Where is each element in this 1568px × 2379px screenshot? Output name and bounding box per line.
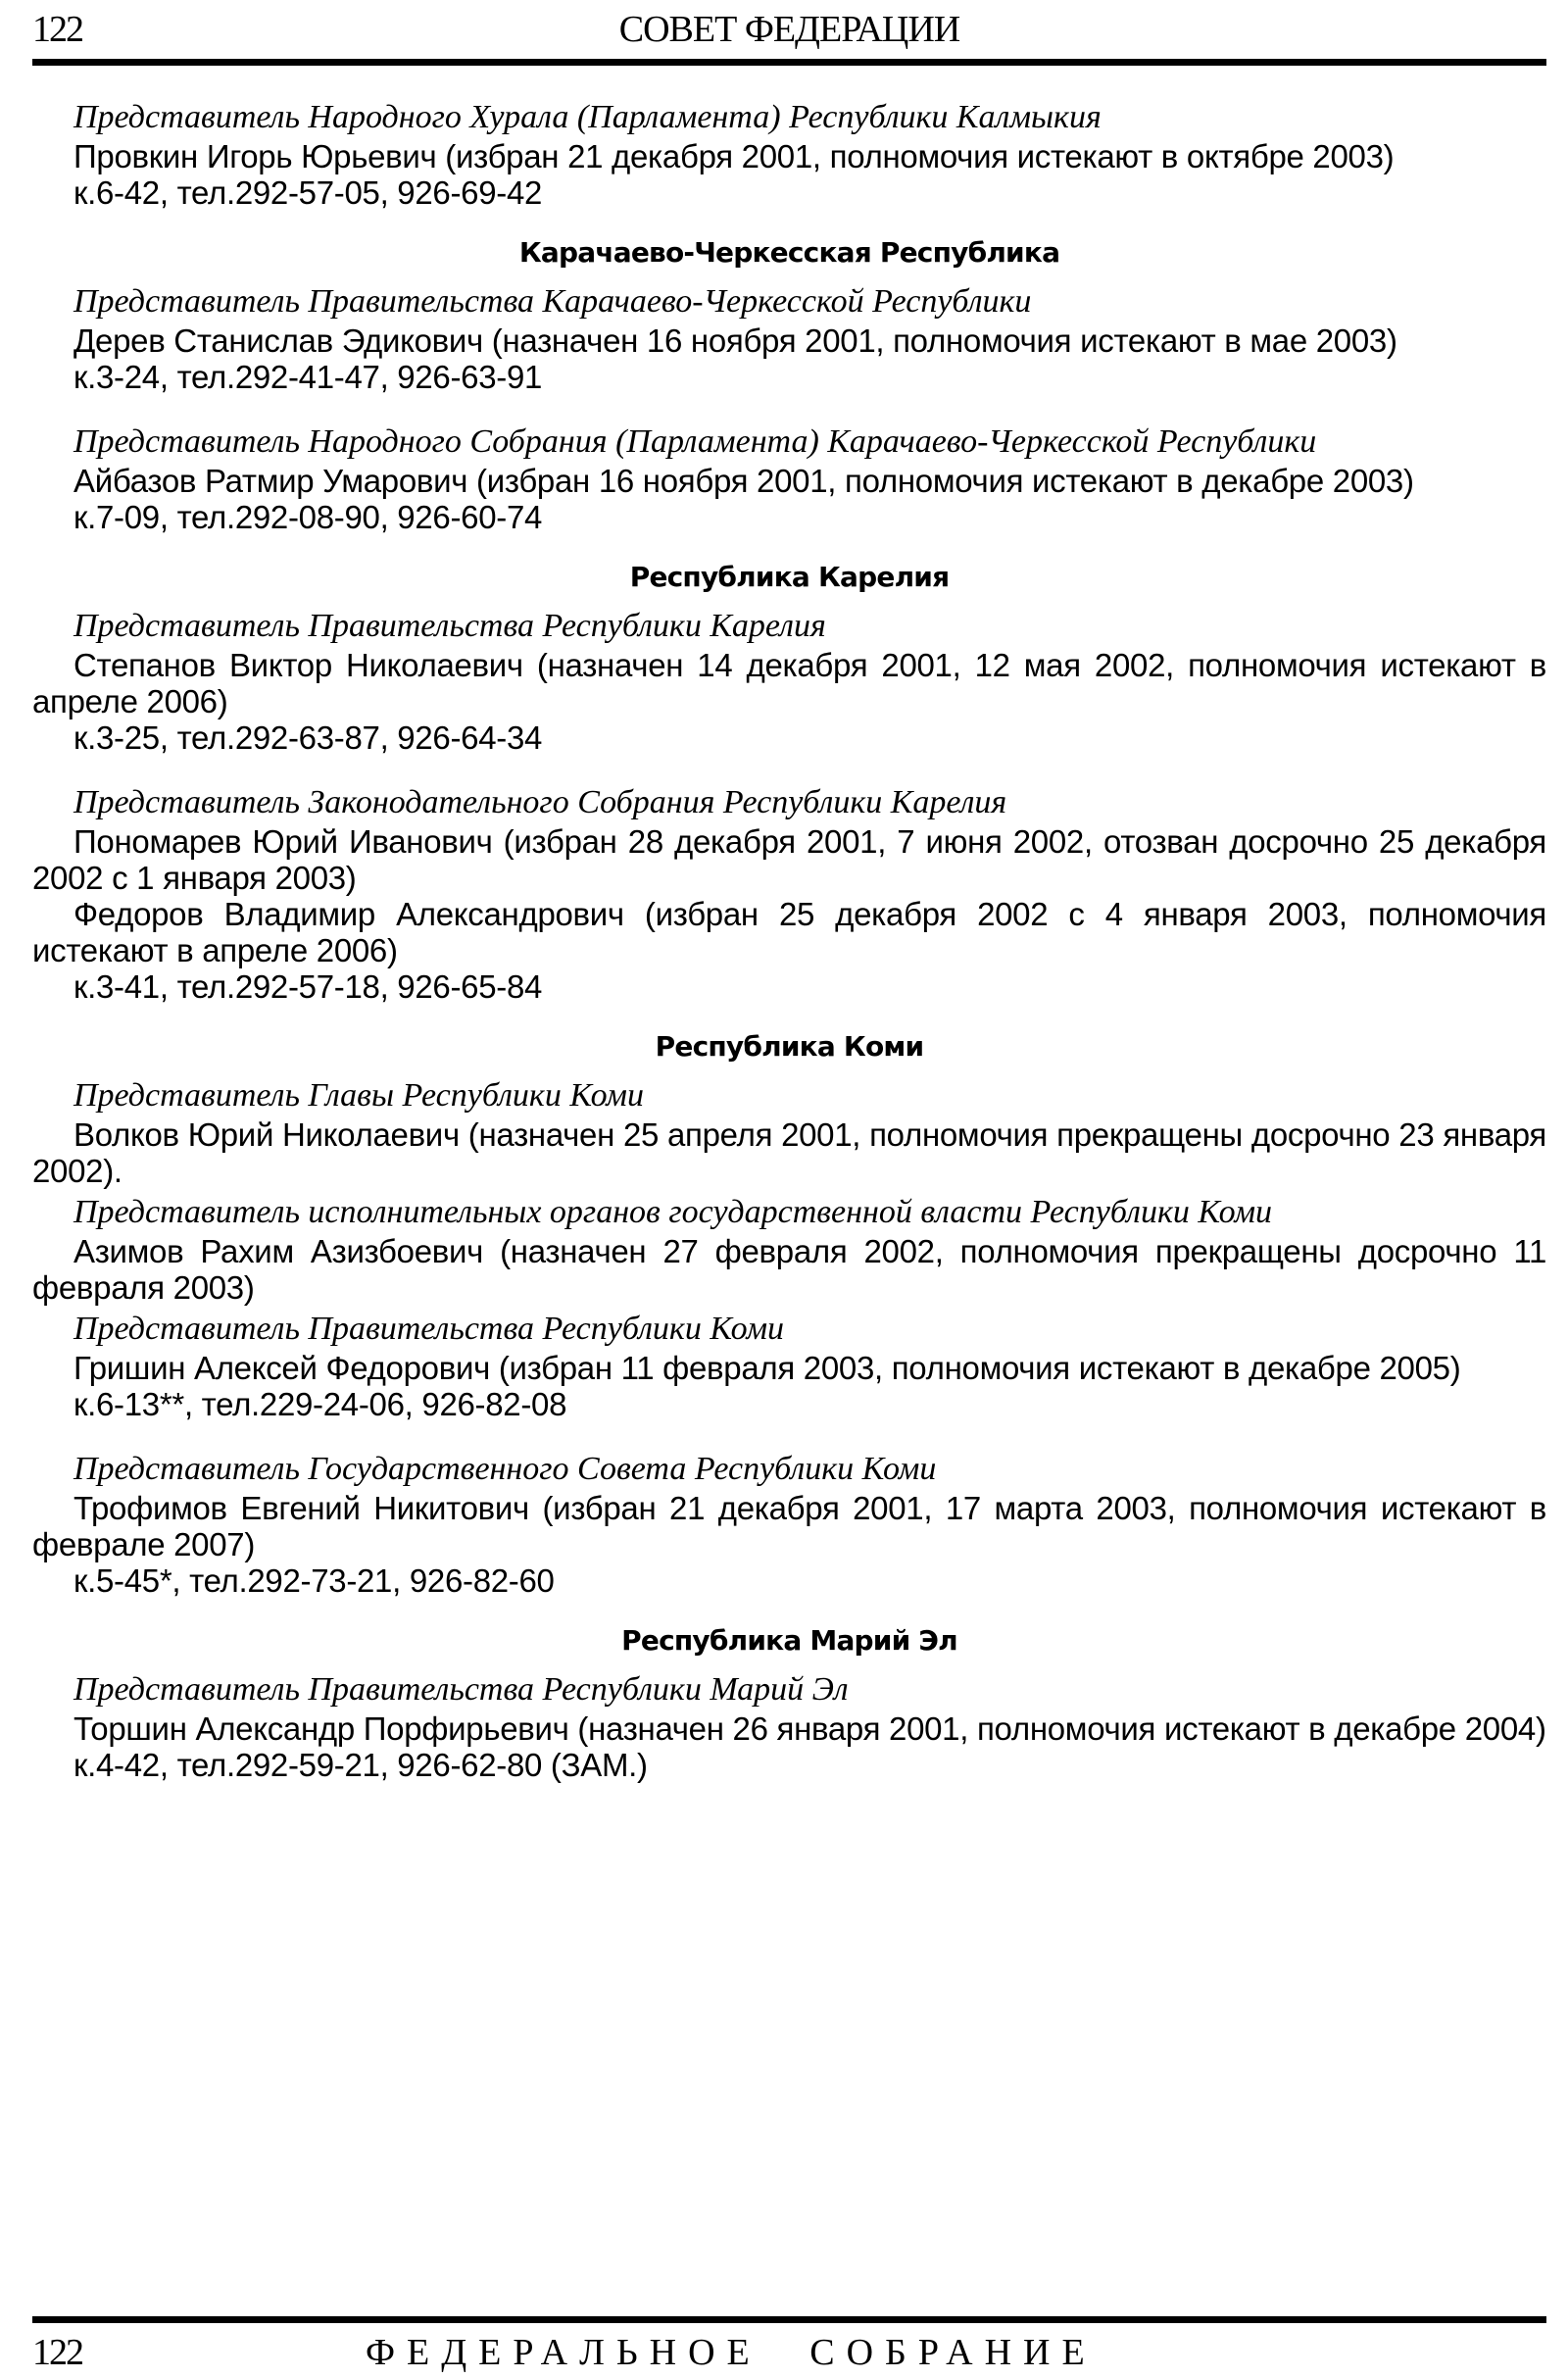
footer-title: ФЕДЕРАЛЬНОЕ СОБРАНИЕ xyxy=(366,2331,1097,2374)
header-rule xyxy=(32,59,1546,66)
region-heading: Республика Коми xyxy=(32,1030,1546,1063)
person-text: Пономарев Юрий Иванович (избран 28 декаб… xyxy=(32,823,1546,896)
page-footer: 122 ФЕДЕРАЛЬНОЕ СОБРАНИЕ xyxy=(32,2331,1546,2379)
person-text: Дерев Станислав Эдикович (назначен 16 но… xyxy=(32,322,1546,359)
person-text: Азимов Рахим Азизбоевич (назначен 27 фев… xyxy=(32,1233,1546,1306)
page-header: 122 СОВЕТ ФЕДЕРАЦИИ xyxy=(32,0,1546,63)
entry-karelia-assembly: Представитель Законодательного Собрания … xyxy=(32,781,1546,1005)
role-title: Представитель Народного Собрания (Парлам… xyxy=(32,421,1546,463)
person-text: Гришин Алексей Федорович (избран 11 февр… xyxy=(32,1350,1546,1386)
entry-komi-council: Представитель Государственного Совета Ре… xyxy=(32,1448,1546,1599)
entry-kalmykia-hural: Представитель Народного Хурала (Парламен… xyxy=(32,96,1546,211)
role-title: Представитель исполнительных органов гос… xyxy=(32,1191,1546,1233)
person-text: Волков Юрий Николаевич (назначен 25 апре… xyxy=(32,1116,1546,1189)
footer-rule xyxy=(32,2316,1546,2323)
region-heading: Карачаево-Черкесская Республика xyxy=(32,236,1546,269)
entry-karelia-government: Представитель Правительства Республики К… xyxy=(32,605,1546,756)
role-title: Представитель Государственного Совета Ре… xyxy=(32,1448,1546,1490)
page-content: Представитель Народного Хурала (Парламен… xyxy=(32,96,1546,1809)
role-title: Представитель Народного Хурала (Парламен… xyxy=(32,96,1546,138)
contact-text: к.4-42, тел.292-59-21, 926-62-80 (ЗАМ.) xyxy=(32,1747,1546,1783)
person-text: Федоров Владимир Александрович (избран 2… xyxy=(32,896,1546,968)
entry-mari-government: Представитель Правительства Республики М… xyxy=(32,1668,1546,1783)
contact-text: к.6-13**, тел.229-24-06, 926-82-08 xyxy=(32,1386,1546,1422)
person-text: Трофимов Евгений Никитович (избран 21 де… xyxy=(32,1490,1546,1562)
person-text: Степанов Виктор Николаевич (назначен 14 … xyxy=(32,647,1546,719)
entry-komi-head: Представитель Главы Республики Коми Волк… xyxy=(32,1074,1546,1189)
role-title: Представитель Правительства Республики К… xyxy=(32,605,1546,647)
person-text: Провкин Игорь Юрьевич (избран 21 декабря… xyxy=(32,138,1546,174)
role-title: Представитель Главы Республики Коми xyxy=(32,1074,1546,1116)
entry-kch-government: Представитель Правительства Карачаево-Че… xyxy=(32,280,1546,395)
contact-text: к.6-42, тел.292-57-05, 926-69-42 xyxy=(32,174,1546,211)
entry-komi-executive: Представитель исполнительных органов гос… xyxy=(32,1191,1546,1306)
role-title: Представитель Правительства Республики К… xyxy=(32,1308,1546,1350)
role-title: Представитель Правительства Карачаево-Че… xyxy=(32,280,1546,322)
contact-text: к.7-09, тел.292-08-90, 926-60-74 xyxy=(32,499,1546,535)
person-text: Торшин Александр Порфирьевич (назначен 2… xyxy=(32,1710,1546,1747)
region-heading: Республика Карелия xyxy=(32,561,1546,593)
region-heading: Республика Марий Эл xyxy=(32,1624,1546,1657)
contact-text: к.3-41, тел.292-57-18, 926-65-84 xyxy=(32,968,1546,1005)
footer-page-number: 122 xyxy=(32,2331,82,2374)
contact-text: к.5-45*, тел.292-73-21, 926-82-60 xyxy=(32,1562,1546,1599)
running-title: СОВЕТ ФЕДЕРАЦИИ xyxy=(32,8,1546,51)
contact-text: к.3-25, тел.292-63-87, 926-64-34 xyxy=(32,719,1546,756)
role-title: Представитель Правительства Республики М… xyxy=(32,1668,1546,1710)
entry-komi-government: Представитель Правительства Республики К… xyxy=(32,1308,1546,1422)
role-title: Представитель Законодательного Собрания … xyxy=(32,781,1546,823)
person-text: Айбазов Ратмир Умарович (избран 16 ноябр… xyxy=(32,463,1546,499)
contact-text: к.3-24, тел.292-41-47, 926-63-91 xyxy=(32,359,1546,395)
entry-kch-assembly: Представитель Народного Собрания (Парлам… xyxy=(32,421,1546,535)
